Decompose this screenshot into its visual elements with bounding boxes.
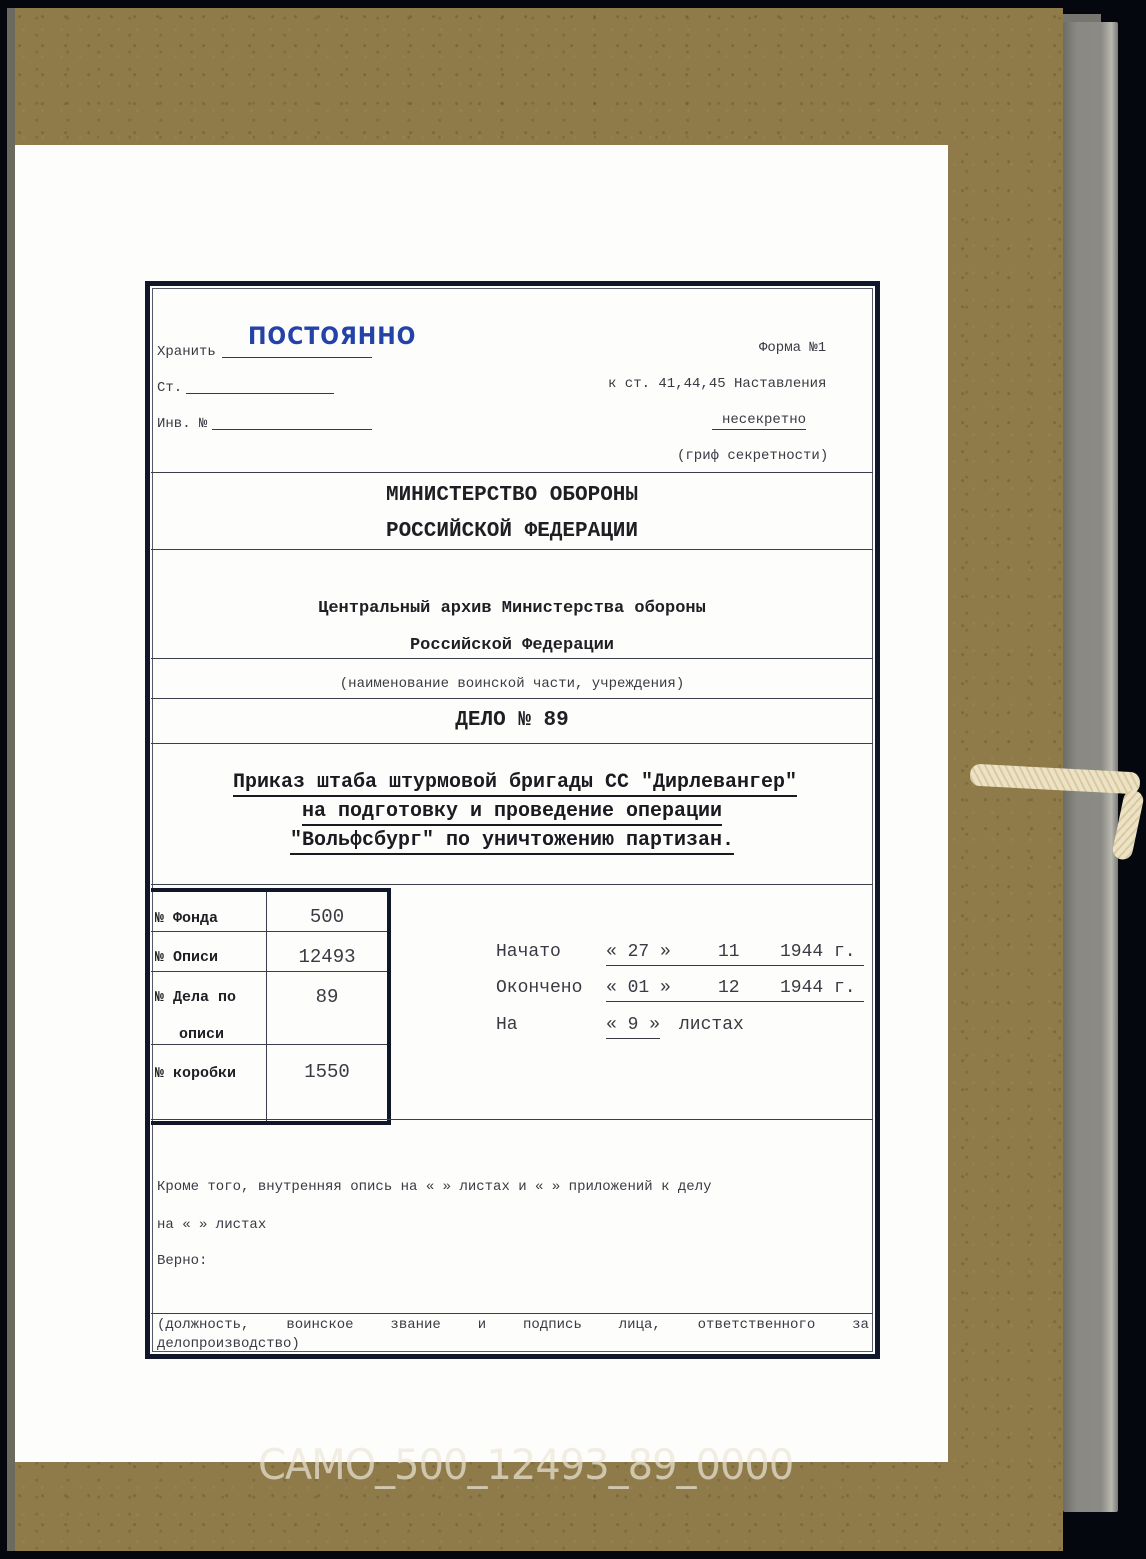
article-field-line [186,393,334,394]
ended-label: Окончено [496,978,582,998]
box-label: № коробки [155,1065,236,1082]
case-description-row-2: на подготовку и проведение операции [151,801,873,826]
table-row: № коробки 1550 [151,1045,387,1125]
signature-caption-line-2: делопроизводство) [157,1336,300,1352]
caption-word: ответственного [698,1317,816,1333]
divider [151,698,873,699]
caption-word: подпись [523,1317,582,1333]
verified-label: Верно: [157,1253,207,1269]
ended-month: 12 [718,978,740,998]
fond-value: 500 [267,906,387,928]
ended-year: 1944 г. [780,978,856,998]
started-label: Начато [496,942,561,962]
caption-word: лица, [619,1317,661,1333]
secrecy-value: несекретно [712,412,806,430]
signature-caption: (должность, воинское звание и подпись ли… [157,1317,869,1333]
caption-word: (должность, [157,1317,249,1333]
started-date-field: « 27 » 11 1944 г. [606,942,864,966]
table-row: № Фонда 500 [151,892,387,932]
delo-label-2: описи [179,1026,224,1043]
caption-word: за [852,1317,869,1333]
case-title: ДЕЛО № 89 [151,709,873,732]
divider [151,1313,873,1314]
ended-day: « 01 » [606,978,671,998]
caption-word: воинское [286,1317,353,1333]
opis-label: № Описи [155,949,218,966]
form-number: Форма №1 [759,340,826,356]
archive-line-2: Российской Федерации [151,636,873,655]
table-row: № Дела по описи 89 [151,972,387,1045]
ended-date-field: « 01 » 12 1944 г. [606,978,864,1002]
caption-word: звание [390,1317,440,1333]
fond-label: № Фонда [155,910,218,927]
started-year: 1944 г. [780,942,856,962]
archive-line-1: Центральный архив Министерства обороны [151,599,873,618]
table-row: № Описи 12493 [151,932,387,972]
sheets-note: на « » листах [157,1217,266,1233]
delo-label: № Дела по [155,989,236,1006]
case-description: Приказ штаба штурмовой бригады СС "Дирле… [151,772,873,797]
archive-info-table: № Фонда 500 № Описи 12493 № Дела по опис… [151,888,391,1125]
caption-word: и [478,1317,486,1333]
started-month: 11 [718,942,740,962]
inventory-note: Кроме того, внутренняя опись на « » лист… [157,1179,712,1195]
opis-value: 12493 [267,946,387,968]
sheets-value: « 9 » [606,1015,660,1039]
case-description-row-3: "Вольфсбург" по уничтожению партизан. [151,830,873,855]
store-stamp: ПОСТОЯННО [248,322,416,350]
divider [151,1119,873,1120]
store-field-line [222,357,372,358]
divider [151,549,873,550]
case-description-line-2: на подготовку и проведение операции [302,801,722,826]
divider [151,884,873,885]
sheets-suffix: листах [679,1015,744,1035]
form-reference: к ст. 41,44,45 Наставления [608,376,826,392]
article-label: Ст. [157,380,182,396]
store-label: Хранить [157,344,216,360]
inventory-label: Инв. № [157,416,207,432]
folder-spine [1063,22,1118,1512]
archive-caption: (наименование воинской части, учреждения… [151,676,873,692]
archive-watermark: CAMO_500_12493_89_0000 [258,1440,793,1489]
divider [151,658,873,659]
box-value: 1550 [267,1061,387,1083]
ministry-line-1: МИНИСТЕРСТВО ОБОРОНЫ [151,484,873,507]
secrecy-caption: (гриф секретности) [677,448,828,464]
case-description-line-1: Приказ штаба штурмовой бригады СС "Дирле… [233,772,797,797]
sheets-label: На [496,1015,518,1035]
ministry-line-2: РОССИЙСКОЙ ФЕДЕРАЦИИ [151,520,873,543]
delo-value: 89 [267,986,387,1008]
divider [151,472,873,473]
started-day: « 27 » [606,942,671,962]
divider [151,743,873,744]
case-description-line-3: "Вольфсбург" по уничтожению партизан. [290,830,734,855]
inventory-field-line [212,429,372,430]
